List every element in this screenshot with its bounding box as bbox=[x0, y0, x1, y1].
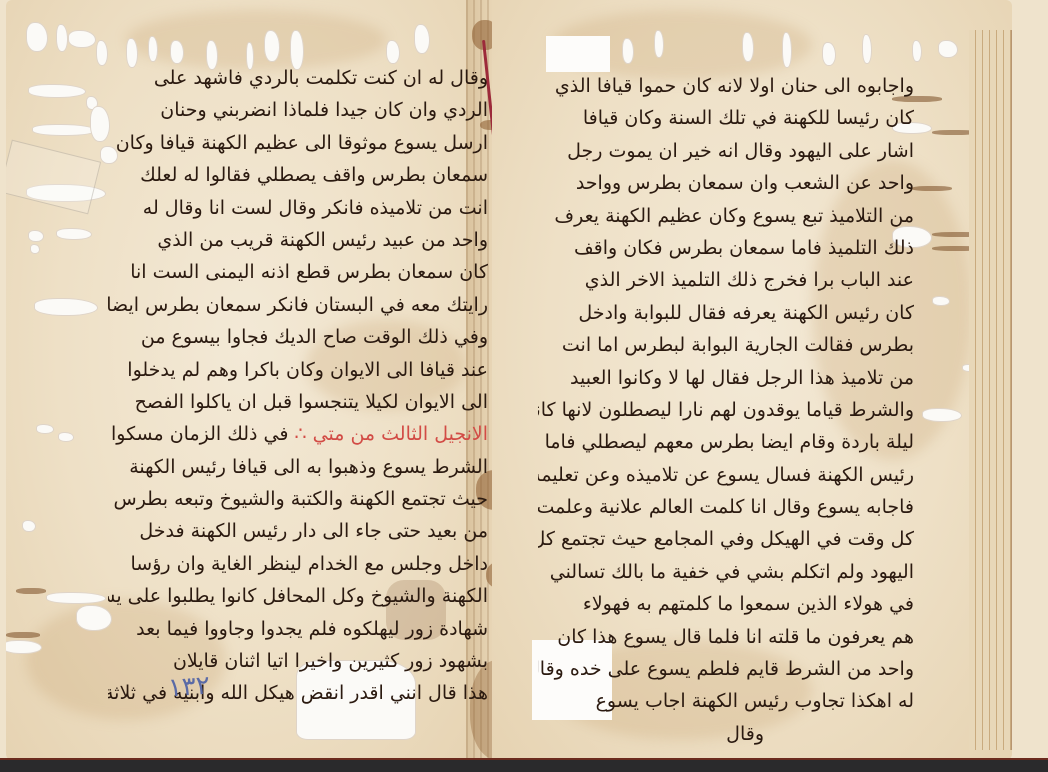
text-line: من بعيد حتى جاء الى دار رئيس الكهنة فدخل bbox=[108, 515, 488, 547]
worm-hole bbox=[742, 32, 754, 62]
text-line: الردي وان كان جيدا فلماذا انضربني وحنان bbox=[108, 94, 488, 126]
text-line: فاجابه يسوع وقال انا كلمت العالم علانية … bbox=[538, 491, 914, 523]
worm-hole bbox=[414, 24, 430, 54]
worm-track bbox=[6, 632, 40, 638]
text-line: رئيس الكهنة فسال يسوع عن تلاميذه وعن تعل… bbox=[538, 459, 914, 491]
worm-track bbox=[16, 588, 46, 594]
worm-hole bbox=[90, 106, 110, 142]
text-line: وقال له ان كنت تكلمت بالردي فاشهد على bbox=[108, 62, 488, 94]
worm-hole bbox=[32, 124, 96, 136]
book-cover-edge bbox=[0, 758, 1048, 772]
right-page: واجابوه الى حنان اولا لانه كان حموا قياف… bbox=[492, 0, 1012, 760]
text-line: واحد من عبيد رئيس الكهنة قريب من الذي bbox=[108, 224, 488, 256]
worm-hole bbox=[34, 298, 98, 316]
folio-number: ١٣٢ bbox=[167, 671, 211, 704]
worm-hole bbox=[932, 296, 950, 306]
text-line: كل وقت في الهيكل وفي المجامع حيث تجتمع ك… bbox=[538, 523, 914, 555]
worm-hole bbox=[622, 38, 634, 64]
text-line: سمعان بطرس واقف يصطلي فقالوا له لعلك bbox=[108, 159, 488, 191]
worm-hole bbox=[30, 244, 40, 254]
text-line: في هولاء الذين سمعوا ما كلمتهم به فهولاء bbox=[538, 588, 914, 620]
text-line: من تلاميذ هذا الرجل فقال لها لا وكانوا ا… bbox=[538, 362, 914, 394]
worm-hole bbox=[148, 36, 158, 62]
worm-hole bbox=[26, 22, 48, 52]
rubric-heading: الانجيل الثالث من متي bbox=[313, 423, 488, 445]
text-line: شهادة زور ليهلكوه فلم يجدوا وجاووا فيما … bbox=[108, 613, 488, 645]
worm-hole bbox=[28, 84, 86, 98]
worm-hole bbox=[912, 40, 922, 62]
rubric-line: الانجيل الثالث من متي ∴ في ذلك الزمان مس… bbox=[108, 418, 488, 450]
text-line: حيث تجتمع الكهنة والكتبة والشيوخ وتبعه ب… bbox=[108, 483, 488, 515]
text-line: وفي ذلك الوقت صاح الديك فجاوا بيسوع من bbox=[108, 321, 488, 353]
worm-hole bbox=[6, 640, 42, 654]
text-line: داخل وجلس مع الخدام لينظر الغاية وان رؤس… bbox=[108, 548, 488, 580]
right-page-text: واجابوه الى حنان اولا لانه كان حموا قياف… bbox=[538, 70, 914, 750]
text-line: عند قيافا الى الايوان وكان باكرا وهم لم … bbox=[108, 354, 488, 386]
worm-hole bbox=[58, 432, 74, 442]
worm-hole bbox=[386, 40, 400, 64]
worm-hole bbox=[654, 30, 664, 58]
worm-hole bbox=[56, 228, 92, 240]
text-line: من التلاميذ تبع يسوع وكان عظيم الكهنة يع… bbox=[538, 200, 914, 232]
worm-hole bbox=[264, 30, 280, 62]
text-line: واجابوه الى حنان اولا لانه كان حموا قياف… bbox=[538, 70, 914, 102]
text-line: كان رئيسا للكهنة في تلك السنة وكان قيافا bbox=[538, 102, 914, 134]
text-line: ارسل يسوع موثوقا الى عظيم الكهنة قيافا و… bbox=[108, 127, 488, 159]
worm-hole bbox=[46, 592, 106, 604]
text-line: الكهنة والشيوخ وكل المحافل كانوا يطلبوا … bbox=[108, 580, 488, 612]
text-line: هذا قال انني اقدر انقض هيكل الله وابنيه … bbox=[108, 677, 488, 709]
text-line: والشرط قياما يوقدون لهم نارا ليصطلون لان… bbox=[538, 394, 914, 426]
worm-hole bbox=[22, 520, 36, 532]
text-line: هم يعرفون ما قلته انا فلما قال يسوع هذا … bbox=[538, 621, 914, 653]
worm-hole bbox=[28, 230, 44, 242]
rubric-continuation: في ذلك الزمان مسكوا bbox=[111, 423, 289, 445]
text-line: له اهكذا تجاوب رئيس الكهنة اجاب يسوع bbox=[538, 685, 914, 717]
repair-tape bbox=[6, 140, 101, 215]
worm-hole bbox=[822, 42, 836, 66]
text-line: كان سمعان بطرس قطع اذنه اليمنى الست انا bbox=[108, 256, 488, 288]
text-line: كان رئيس الكهنة يعرفه فقال للبوابة وادخل bbox=[538, 297, 914, 329]
rubric-dots: ∴ bbox=[288, 423, 306, 445]
worm-hole bbox=[36, 424, 54, 434]
worm-hole bbox=[782, 32, 792, 68]
text-line: اشار على اليهود وقال انه خير ان يموت رجل bbox=[538, 135, 914, 167]
worm-hole bbox=[862, 34, 872, 64]
blank-repair bbox=[546, 36, 610, 72]
text-line: بطرس فقالت الجارية البوابة لبطرس اما انت bbox=[538, 329, 914, 361]
worm-hole bbox=[96, 40, 108, 66]
worm-hole bbox=[68, 30, 96, 48]
left-page-text: وقال له ان كنت تكلمت بالردي فاشهد على ال… bbox=[108, 62, 488, 710]
worm-track bbox=[912, 186, 952, 191]
text-line: بشهود زور كثيرين واخيرا اتيا اثنان قايلا… bbox=[108, 645, 488, 677]
text-line: عند الباب برا فخرج ذلك التلميذ الاخر الذ… bbox=[538, 264, 914, 296]
text-line: انت من تلاميذه فانكر وقال لست انا وقال ل… bbox=[108, 192, 488, 224]
worm-hole bbox=[76, 605, 112, 631]
worm-hole bbox=[56, 24, 68, 52]
text-line: ذلك التلميذ فاما سمعان بطرس فكان واقف bbox=[538, 232, 914, 264]
worm-hole bbox=[170, 40, 184, 64]
text-line: رايتك معه في البستان فانكر سمعان بطرس اي… bbox=[108, 289, 488, 321]
text-line: الى الايوان لكيلا يتنجسوا قبل ان ياكلوا … bbox=[108, 386, 488, 418]
text-line: اليهود ولم اتكلم بشي في خفية ما بالك تسا… bbox=[538, 556, 914, 588]
water-stain bbox=[126, 10, 386, 70]
text-line: الشرط يسوع وذهبوا به الى قيافا رئيس الكه… bbox=[108, 451, 488, 483]
catchword: وقال bbox=[538, 718, 914, 750]
page-edges bbox=[969, 30, 1012, 750]
worm-hole bbox=[938, 40, 958, 58]
text-line: ليلة باردة وقام ايضا بطرس معهم ليصطلي فا… bbox=[538, 426, 914, 458]
worm-hole bbox=[922, 408, 962, 422]
text-line: واحد من الشرط قايم فلطم يسوع على خده وقا… bbox=[538, 653, 914, 685]
manuscript-spread: واجابوه الى حنان اولا لانه كان حموا قياف… bbox=[0, 0, 1048, 772]
text-line: واحد عن الشعب وان سمعان بطرس وواحد bbox=[538, 167, 914, 199]
